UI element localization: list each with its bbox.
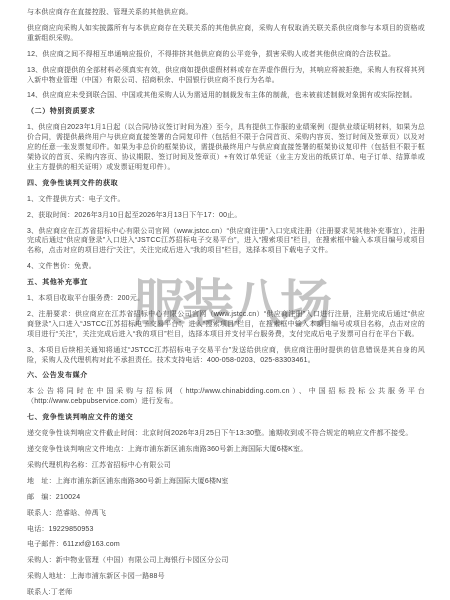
section-heading-supplementary: 五、其他补充事宜 bbox=[27, 278, 425, 288]
paragraph-acquisition-1: 1、文件提供方式：电子文件。 bbox=[27, 195, 425, 205]
paragraph-submission-deadline: 递交竞争性谈判响应文件截止时间：北京时间2026年3月25日下午13:30整。逾… bbox=[27, 429, 425, 439]
paragraph-disclosure: 供应商应向采购人如实披露所有与本供应商存在关联关系的其他供应商，采购人有权取消关… bbox=[27, 24, 425, 44]
paragraph-announcement-media: 本公告将同时在中国采购与招标网（http://www.chinabidding.… bbox=[27, 387, 425, 407]
paragraph-agency-name: 采购代理机构名称：江苏省招标中心有限公司 bbox=[27, 461, 425, 471]
paragraph-supplementary-2: 2、注册要求：供应商应在江苏省招标中心有限公司官网（www.jstcc.cn）“… bbox=[27, 310, 425, 340]
paragraph-acquisition-4: 4、文件售价：免费。 bbox=[27, 262, 425, 272]
paragraph-supplementary-1: 1、本项目收取平台服务费：200元。 bbox=[27, 294, 425, 304]
paragraph-agency-contacts: 联系人：范睿晗、仲禹飞 bbox=[27, 509, 425, 519]
paragraph-submission-location: 递交竞争性谈判响应文件地点：上海市浦东新区浦东南路360号新上海国际大厦6楼K室… bbox=[27, 445, 425, 455]
paragraph-item-13: 13、供应商提供的全部材料必须真实有效，供应商如提供虚假材料或存在弄虚作假行为，… bbox=[27, 66, 425, 86]
paragraph-agency-address: 地 址：上海市浦东新区浦东南路360号新上海国际大厦6楼N室 bbox=[27, 477, 425, 487]
paragraph-email: 电子邮件：611zxf@163.com bbox=[27, 540, 425, 550]
paragraph-item-14: 14、供应商应未受到联合国、中国或其他采购人认为需适用的制裁发布主体的制裁，也未… bbox=[27, 91, 425, 101]
section-heading-special-qualification: （二）特别资质要求 bbox=[27, 107, 425, 117]
paragraph-acquisition-2: 2、获取时间：2026年3月10日起至2026年3月13日下午17：00止。 bbox=[27, 211, 425, 221]
paragraph-purchaser-name: 采购人：新中物业管理（中国）有限公司上海银行卡园区分公司 bbox=[27, 556, 425, 566]
section-heading-announcement-media: 六、公告发布媒介 bbox=[27, 371, 425, 381]
paragraph-item-12: 12、供应商之间不得相互串通响应报价，不得排挤其他供应商的公平竞争，损害采购人或… bbox=[27, 50, 425, 60]
paragraph-continuation: 与本供应商存在直接控股、管理关系的其他供应商。 bbox=[27, 8, 425, 18]
document-content: 与本供应商存在直接控股、管理关系的其他供应商。 供应商应向采购人如实披露所有与本… bbox=[27, 8, 425, 598]
paragraph-qualification-1: 1、供应商自2023年1月1日起（以合同/协议签订时间为准）至今，具有提供工作服… bbox=[27, 123, 425, 173]
paragraph-acquisition-3: 3、供应商应在江苏省招标中心有限公司官网（www.jstcc.cn）“供应商注册… bbox=[27, 227, 425, 257]
section-heading-document-acquisition: 四、竞争性谈判文件的获取 bbox=[27, 179, 425, 189]
paragraph-supplementary-3: 3、本项目后续相关通知将通过“JSTCC江苏招标电子交易平台”发送给供应商，供应… bbox=[27, 346, 425, 366]
paragraph-phone: 电话：19229850953 bbox=[27, 525, 425, 535]
paragraph-postal-code: 邮 编：210024 bbox=[27, 493, 425, 503]
document-page: 服装八场 与本供应商存在直接控股、管理关系的其他供应商。 供应商应向采购人如实披… bbox=[0, 0, 450, 600]
paragraph-purchaser-contact: 联系人:丁老师 bbox=[27, 588, 425, 598]
paragraph-purchaser-address: 采购人地址：上海市浦东新区卡园一路88号 bbox=[27, 572, 425, 582]
section-heading-response-submission: 七、竞争性谈判响应文件的递交 bbox=[27, 413, 425, 423]
